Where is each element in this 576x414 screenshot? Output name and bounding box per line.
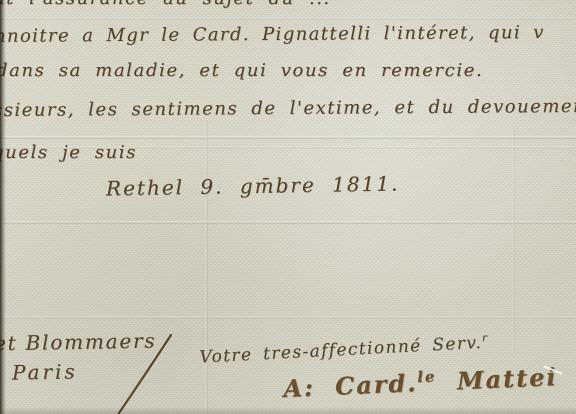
letter-line-quels: quels je suis: [0, 142, 137, 163]
paper-crease: [0, 17, 576, 20]
letter-photograph: at l'assurance au sujet du ... nnoitre a…: [0, 0, 576, 414]
signature-superscript: le: [417, 367, 437, 386]
letter-closing: Votre tres-affectionné Serv.r: [199, 332, 489, 368]
signature-card: Card.: [314, 368, 418, 401]
annotation-line-paris: Paris: [12, 359, 78, 384]
cardinal-signature: A: Card.le Mattei: [283, 362, 558, 403]
paper-crease: [0, 316, 576, 319]
signature-name: Mattei: [436, 362, 558, 396]
letter-line-sentimens: ssieurs, les sentimens de l'extime, et d…: [0, 96, 576, 121]
letter-line-top-fragment: at l'assurance au sujet du ...: [0, 0, 331, 9]
paper-crease: [0, 221, 576, 224]
paper-crease: [205, 120, 208, 414]
ink-slash-stroke: [105, 330, 185, 414]
letter-line-maladie: dans sa maladie, et qui vous en remercie…: [0, 60, 483, 81]
paper-crease: [0, 136, 576, 139]
signature-prefix: A:: [283, 373, 316, 403]
letter-dateline: Rethel 9. gm̄bre 1811.: [106, 171, 400, 200]
letter-line-pignattelli: nnoitre a Mgr le Card. Pignattelli l'int…: [0, 22, 545, 47]
closing-superscript: r: [482, 332, 489, 344]
closing-main: Votre tres-affectionné Serv.: [199, 333, 483, 368]
photo-bottom-edge: [0, 407, 576, 414]
paper-crease: [512, 130, 515, 354]
